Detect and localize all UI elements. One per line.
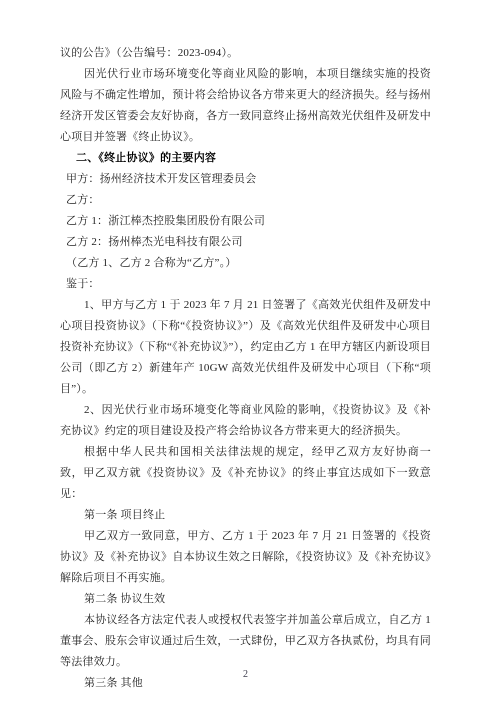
heading-agreement-main-content: 二、《终止协议》的主要内容 — [60, 148, 431, 169]
label-whereas: 鉴于： — [60, 274, 431, 295]
note-party-b-alias: （乙方 1、乙方 2 合称为“乙方”。） — [60, 253, 431, 274]
para-article-1-body: 甲乙双方一致同意，甲方、乙方 1 于 2023 年 7 月 21 日签署的《投资… — [60, 526, 431, 589]
para-announcement-ref: 议的公告》（公告编号：2023-094）。 — [60, 43, 431, 64]
field-party-b1: 乙方 1：浙江棒杰控股集团股份有限公司 — [60, 211, 431, 232]
para-legal-basis: 根据中华人民共和国相关法律法规的规定，经甲乙双方友好协商一致，甲乙双方就《投资协… — [60, 442, 431, 505]
page-number: 2 — [0, 668, 491, 682]
document-page: 议的公告》（公告编号：2023-094）。 因光伏行业市场环境变化等商业风险的影… — [0, 0, 491, 710]
para-article-2-body: 本协议经各方法定代表人或授权代表签字并加盖公章后成立，自乙方 1 董事会、股东会… — [60, 610, 431, 673]
heading-article-1-project-termination: 第一条 项目终止 — [60, 505, 431, 526]
heading-article-2-effectiveness: 第二条 协议生效 — [60, 589, 431, 610]
field-party-b2: 乙方 2：扬州棒杰光电科技有限公司 — [60, 232, 431, 253]
field-party-b: 乙方： — [60, 190, 431, 211]
document-body: 议的公告》（公告编号：2023-094）。 因光伏行业市场环境变化等商业风险的影… — [60, 43, 431, 694]
recital-1-signing-background: 1、甲方与乙方 1 于 2023 年 7 月 21 日签署了《高效光伏组件及研发… — [60, 295, 431, 400]
para-termination-reason: 因光伏行业市场环境变化等商业风险的影响，本项目继续实施的投资风险与不确定性增加，… — [60, 64, 431, 148]
field-party-a: 甲方：扬州经济技术开发区管理委员会 — [60, 169, 431, 190]
recital-2-market-risk: 2、因光伏行业市场环境变化等商业风险的影响，《投资协议》及《补充协议》约定的项目… — [60, 400, 431, 442]
